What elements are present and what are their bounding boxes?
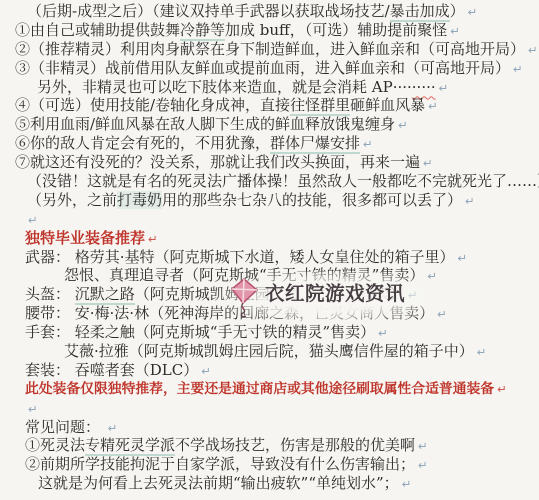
doc-line: ②前期所学技能拘泥于自家学派，导致没有什么伤害输出；↵ <box>0 455 539 474</box>
doc-line: ①死灵法专精死灵学派不学战场技艺，伤害是那般的优美啊↵ <box>0 436 539 455</box>
doc-line: ⑤利用血雨/鲜血风暴在敌人脚下生成的鲜血释放饿鬼缠身↵ <box>0 115 539 134</box>
text-run: 砸鲜血风暴 <box>350 96 425 114</box>
doc-line: ↵ <box>0 399 539 418</box>
text-run: ⑦就这还有没死的？没关系，那就让我们改头换面，再来一遍 <box>15 153 420 171</box>
text-run: 武器： 格劳其·基特（阿克斯城下水道，矮人女皇住处的箱子里） <box>25 248 455 266</box>
doc-line: ③（非精灵）战前借用队友鲜血或提前血雨，进入鲜血亲和（可高地开局）↵ <box>0 59 539 78</box>
paragraph-mark-icon: ↵ <box>477 345 487 359</box>
paragraph-mark-icon: ↵ <box>528 43 538 57</box>
doc-line: 独特毕业装备推荐↵ <box>0 229 539 248</box>
text-run: 另外，非精灵也可以吃下肢体来造血，就是会消耗 AP···· <box>37 78 412 96</box>
text-run: （没错！这就是有名的死灵法广播体操！虽然敌人一般都吃不完就死光了……） <box>27 172 539 190</box>
paragraph-mark-icon: ↵ <box>402 477 412 491</box>
doc-line: （没错！这就是有名的死灵法广播体操！虽然敌人一般都吃不完就死光了……）↵ <box>0 172 539 191</box>
doc-line: 头盔： 沉默之路（阿克斯城凯姆庄园二楼，………售卖）↵ <box>0 285 539 304</box>
text-run: 怨恨、真理追寻者（阿克斯城“手无寸铁的精灵”售卖） <box>64 266 424 284</box>
underlined-text: 往怪群里 <box>290 96 350 116</box>
underlined-text: 冷静等 <box>180 21 225 41</box>
doc-line: 手套： 轻柔之触（阿克斯城“手无寸铁的精灵”售卖）↵ <box>0 323 539 342</box>
text-run: ②前期所学技能拘泥于自家学派，导致没有什么伤害输出； <box>25 455 415 473</box>
paragraph-mark-icon: ↵ <box>458 251 468 265</box>
text-run: 艾薇·拉雅（阿克斯城凯姆庄园后院，猫头鹰信件屋的箱子中） <box>64 342 474 360</box>
highlighted-text: 打毒奶 <box>117 191 162 209</box>
text-run: （后期-成型之后）（建议双持单手武器以获取战场技艺/ <box>27 2 390 20</box>
text-run: （阿克斯城凯姆庄园二楼，………售卖） <box>135 285 405 303</box>
paragraph-mark-icon: ↵ <box>465 194 475 208</box>
paragraph-mark-icon: ↵ <box>408 288 418 302</box>
doc-line: 腰带： 安·梅·法·林（死神海岸的回廊之森，亡灵女商人售卖）↵ <box>0 304 539 323</box>
doc-line: 套装： 吞噬者套（DLC）↵ <box>0 361 539 380</box>
paragraph-mark-icon: ↵ <box>418 439 428 453</box>
text-run: 加成 buff，（可选）辅助提前聚怪 <box>225 21 447 39</box>
paragraph-mark-icon: ↵ <box>427 269 437 283</box>
paragraph-mark-icon: ↵ <box>363 137 373 151</box>
paragraph-mark-icon: ↵ <box>108 421 118 435</box>
paragraph-mark-icon: ↵ <box>201 364 211 378</box>
text-run: ） <box>450 2 465 20</box>
document-lines: （后期-成型之后）（建议双持单手武器以获取战场技艺/暴击加成）↵①由自己或辅助提… <box>0 2 539 493</box>
document-page: （后期-成型之后）（建议双持单手武器以获取战场技艺/暴击加成）↵①由自己或辅助提… <box>0 0 539 500</box>
text-run: 常见问题： <box>25 418 105 436</box>
text-run: 不学战场技艺，伤害是那般的优美啊 <box>175 436 415 454</box>
text-run: ⑥你的敌人肯定会有死的，不用犹豫， <box>15 134 270 152</box>
red-text: 独特毕业装备推荐 <box>25 229 145 247</box>
paragraph-mark-icon: ↵ <box>418 458 428 472</box>
text-run: ①死灵法 <box>25 436 85 454</box>
text-run: ①由自己或辅助提供鼓舞 <box>15 21 180 39</box>
underlined-text: 沉默之路 <box>75 285 135 305</box>
text-run: 腰带： 安·梅·法·林（死神海岸的回廊之森，亡灵女商人售卖） <box>25 304 434 322</box>
text-run: 用的那些杂七杂八的技能，很多都可以丢了） <box>162 191 462 209</box>
text-run: 头盔： <box>25 285 75 303</box>
spellcheck-wavy-text: ····· <box>412 78 436 96</box>
doc-line: 武器： 格劳其·基特（阿克斯城下水道，矮人女皇住处的箱子里）↵ <box>0 248 539 267</box>
text-run: ③（非精灵）战前借用队友鲜血或提前血雨，进入鲜血亲和（可高地开局） <box>15 59 510 77</box>
paragraph-mark-icon: ↵ <box>497 382 507 396</box>
doc-line: ↵ <box>0 210 539 229</box>
red-text: 此处装备仅限独特推荐，主要还是通过商店或其他途径刷取属性合适普通装备 <box>25 381 494 397</box>
doc-line: 怨恨、真理追寻者（阿克斯城“手无寸铁的精灵”售卖）↵ <box>0 266 539 285</box>
doc-line: ⑦就这还有没死的？没关系，那就让我们改头换面，再来一遍↵ <box>0 153 539 172</box>
text-run: 手套： 轻柔之触（阿克斯城“手无寸铁的精灵”售卖） <box>25 323 375 341</box>
doc-line: （另外，之前打毒奶用的那些杂七杂八的技能，很多都可以丢了）↵ <box>0 191 539 210</box>
paragraph-mark-icon: ↵ <box>468 5 478 19</box>
doc-line: ⑥你的敌人肯定会有死的，不用犹豫，群体尸爆安排↵ <box>0 134 539 153</box>
paragraph-mark-icon: ↵ <box>148 232 158 246</box>
doc-line: 另外，非精灵也可以吃下肢体来造血，就是会消耗 AP·········↵ <box>0 78 539 97</box>
doc-line: 这就是为何看上去死灵法前期“输出疲软”“单纯划水”；↵ <box>0 474 539 493</box>
underlined-text: 暴击加成 <box>390 2 450 22</box>
doc-line: 常见问题： ↵ <box>0 418 539 437</box>
paragraph-mark-icon: ↵ <box>513 62 523 76</box>
doc-line: 此处装备仅限独特推荐，主要还是通过商店或其他途径刷取属性合适普通装备↵ <box>0 380 539 399</box>
paragraph-mark-icon: ↵ <box>437 307 447 321</box>
paragraph-mark-icon: ↵ <box>423 156 433 170</box>
doc-line: （后期-成型之后）（建议双持单手武器以获取战场技艺/暴击加成）↵ <box>0 2 539 21</box>
paragraph-mark-icon: ↵ <box>439 81 449 95</box>
doc-line: ①由自己或辅助提供鼓舞冷静等加成 buff，（可选）辅助提前聚怪↵ <box>0 21 539 40</box>
underlined-text: 专精死灵学派 <box>85 436 175 456</box>
paragraph-mark-icon: ↵ <box>398 118 408 132</box>
text-run: ⑤利用血雨/鲜血风暴在敌人脚下生成的鲜血释放饿鬼缠身 <box>15 115 395 133</box>
doc-line: ②（推荐精灵）利用肉身献祭在身下制造鲜血，进入鲜血亲和（可高地开局）↵ <box>0 40 539 59</box>
text-run: ④（可选）使用技能/卷轴化身成神，直接 <box>15 96 290 114</box>
paragraph-mark-icon: ↵ <box>428 99 438 113</box>
text-run: 这就是为何看上去死灵法前期“输出疲软”“单纯划水”； <box>38 474 399 492</box>
doc-line: 艾薇·拉雅（阿克斯城凯姆庄园后院，猫头鹰信件屋的箱子中）↵ <box>0 342 539 361</box>
paragraph-mark-icon: ↵ <box>378 326 388 340</box>
text-run: （另外，之前 <box>27 191 117 209</box>
paragraph-mark-icon: ↵ <box>450 24 460 38</box>
paragraph-mark-icon: ↵ <box>28 402 38 416</box>
doc-line: ④（可选）使用技能/卷轴化身成神，直接往怪群里砸鲜血风暴↵ <box>0 96 539 115</box>
paragraph-mark-icon: ↵ <box>28 213 38 227</box>
text-run: 套装： 吞噬者套（DLC） <box>25 361 198 379</box>
underlined-text: 群体尸爆安排 <box>270 134 360 154</box>
text-run: ②（推荐精灵）利用肉身献祭在身下制造鲜血，进入鲜血亲和（可高地开局） <box>15 40 525 58</box>
